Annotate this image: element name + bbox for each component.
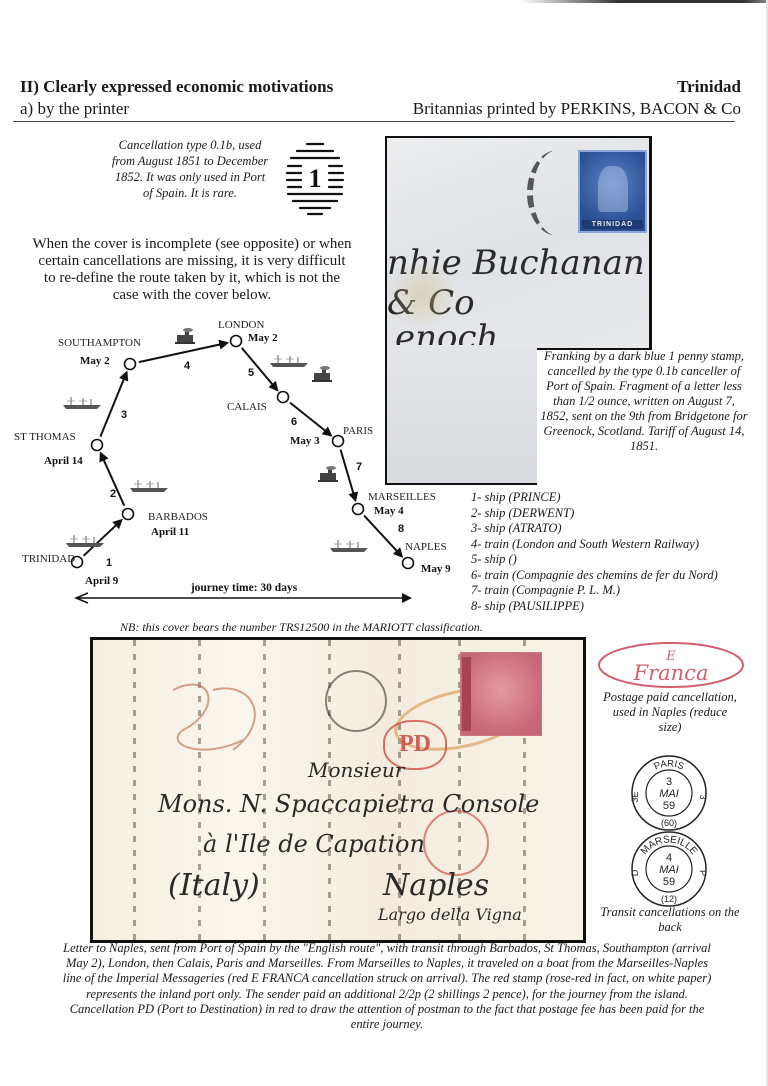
classification-note: NB: this cover bears the number TRS12500…	[120, 620, 483, 635]
svg-text:April 11: April 11	[151, 526, 189, 538]
page-subtitle: a) by the printer	[20, 99, 129, 119]
svg-text:CALAIS: CALAIS	[227, 401, 267, 413]
svg-text:7: 7	[356, 461, 362, 473]
red-postmark-icon	[423, 810, 489, 876]
svg-text:NAPLES: NAPLES	[405, 541, 447, 553]
header-rule	[13, 121, 735, 122]
cover-description: Letter to Naples, sent from Port of Spai…	[58, 941, 716, 1032]
intro-paragraph: When the cover is incomplete (see opposi…	[32, 236, 352, 304]
blue-britannia-stamp: TRINIDAD	[578, 150, 647, 233]
svg-text:PARIS: PARIS	[343, 425, 373, 437]
svg-text:(60): (60)	[661, 818, 677, 828]
stamp-label: TRINIDAD	[582, 220, 643, 229]
series-subtitle: Britannias printed by PERKINS, BACON & C…	[413, 99, 741, 119]
transport-legend: 1- ship (PRINCE)2- ship (DERWENT)3- ship…	[471, 490, 718, 614]
svg-text:May 2: May 2	[248, 332, 278, 344]
svg-text:April 9: April 9	[85, 575, 119, 587]
svg-text:SOUTHAMPTON: SOUTHAMPTON	[58, 337, 141, 349]
svg-text:MAI: MAI	[659, 864, 679, 876]
transit-caption: Transit cancellations on the back	[600, 905, 740, 935]
svg-text:(12): (12)	[661, 894, 677, 904]
legend-item: 7- train (Compagnie P. L. M.)	[471, 583, 718, 599]
handwriting-line: (Italy)	[168, 868, 260, 903]
svg-text:8: 8	[398, 523, 404, 535]
handwriting-line: à l'Ile de Capation	[203, 830, 425, 858]
svg-text:May 3: May 3	[290, 435, 320, 447]
svg-text:4: 4	[666, 852, 672, 864]
page-title: II) Clearly expressed economic motivatio…	[20, 77, 333, 97]
handwriting-line: Largo della Vigna	[378, 905, 522, 924]
handwriting-line: Mons. N. Spaccapietra Console	[158, 790, 539, 818]
route-diagram: 12345678TRINIDADApril 9BARBADOSApril 11S…	[0, 300, 460, 610]
svg-text:MARSEILLES: MARSEILLES	[368, 491, 436, 503]
svg-text:1: 1	[106, 557, 112, 569]
svg-text:3: 3	[666, 776, 672, 788]
svg-text:May 9: May 9	[421, 563, 451, 575]
franca-cancel-icon: E Franca	[596, 640, 746, 690]
cover-to-naples-image: PD Monsieur Mons. N. Spaccapietra Consol…	[90, 637, 586, 943]
barred-numeral-cancel-icon: 1	[285, 140, 345, 218]
franking-caption: Franking by a dark blue 1 penny stamp, c…	[540, 349, 748, 454]
legend-item: 6- train (Compagnie des chemins de fer d…	[471, 568, 718, 584]
britannia-figure-icon	[598, 166, 628, 212]
country-title: Trinidad	[677, 77, 741, 97]
svg-text:April 14: April 14	[44, 455, 83, 467]
svg-text:3: 3	[698, 794, 708, 799]
page-top-edge	[520, 0, 768, 3]
svg-text:1: 1	[309, 164, 322, 193]
stamp-label-bar	[462, 657, 471, 731]
svg-text:journey time: 30 days: journey time: 30 days	[190, 582, 298, 594]
svg-text:2: 2	[110, 488, 116, 500]
svg-text:5: 5	[248, 367, 254, 379]
legend-item: 1- ship (PRINCE)	[471, 490, 718, 506]
red-manuscript-rate-icon	[153, 670, 293, 780]
red-britannia-stamp	[460, 652, 542, 736]
svg-text:Franca: Franca	[633, 661, 709, 685]
svg-text:P: P	[698, 870, 708, 876]
svg-text:May 4: May 4	[374, 505, 404, 517]
svg-text:3: 3	[121, 409, 127, 421]
paris-transit-postmark-icon: PARIS3MAI59(60)3E3	[628, 752, 710, 834]
london-postmark-icon	[325, 670, 387, 732]
handwriting-line: Monsieur	[308, 758, 404, 782]
handwriting-line: Naples	[383, 868, 489, 903]
svg-text:3E: 3E	[630, 791, 640, 802]
svg-text:TRINIDAD: TRINIDAD	[22, 553, 75, 565]
svg-text:D: D	[630, 869, 640, 876]
marseille-transit-postmark-icon: MARSEILLE4MAI59(12)DP	[628, 828, 710, 910]
franca-caption: Postage paid cancellation, used in Naple…	[600, 690, 740, 735]
svg-text:LONDON: LONDON	[218, 319, 264, 331]
svg-text:6: 6	[291, 416, 297, 428]
svg-text:BARBADOS: BARBADOS	[148, 511, 208, 523]
svg-text:4: 4	[184, 360, 191, 372]
svg-text:59: 59	[663, 876, 675, 888]
legend-item: 8- ship (PAUSILIPPE)	[471, 599, 718, 615]
legend-item: 3- ship (ATRATO)	[471, 521, 718, 537]
svg-text:May 2: May 2	[80, 355, 110, 367]
svg-text:ST THOMAS: ST THOMAS	[14, 431, 76, 443]
svg-text:MAI: MAI	[659, 788, 679, 800]
legend-item: 5- ship ()	[471, 552, 718, 568]
legend-item: 2- ship (DERWENT)	[471, 506, 718, 522]
legend-item: 4- train (London and South Western Railw…	[471, 537, 718, 553]
cancellation-description: Cancellation type 0.1b, used from August…	[110, 137, 270, 201]
svg-text:59: 59	[663, 800, 675, 812]
